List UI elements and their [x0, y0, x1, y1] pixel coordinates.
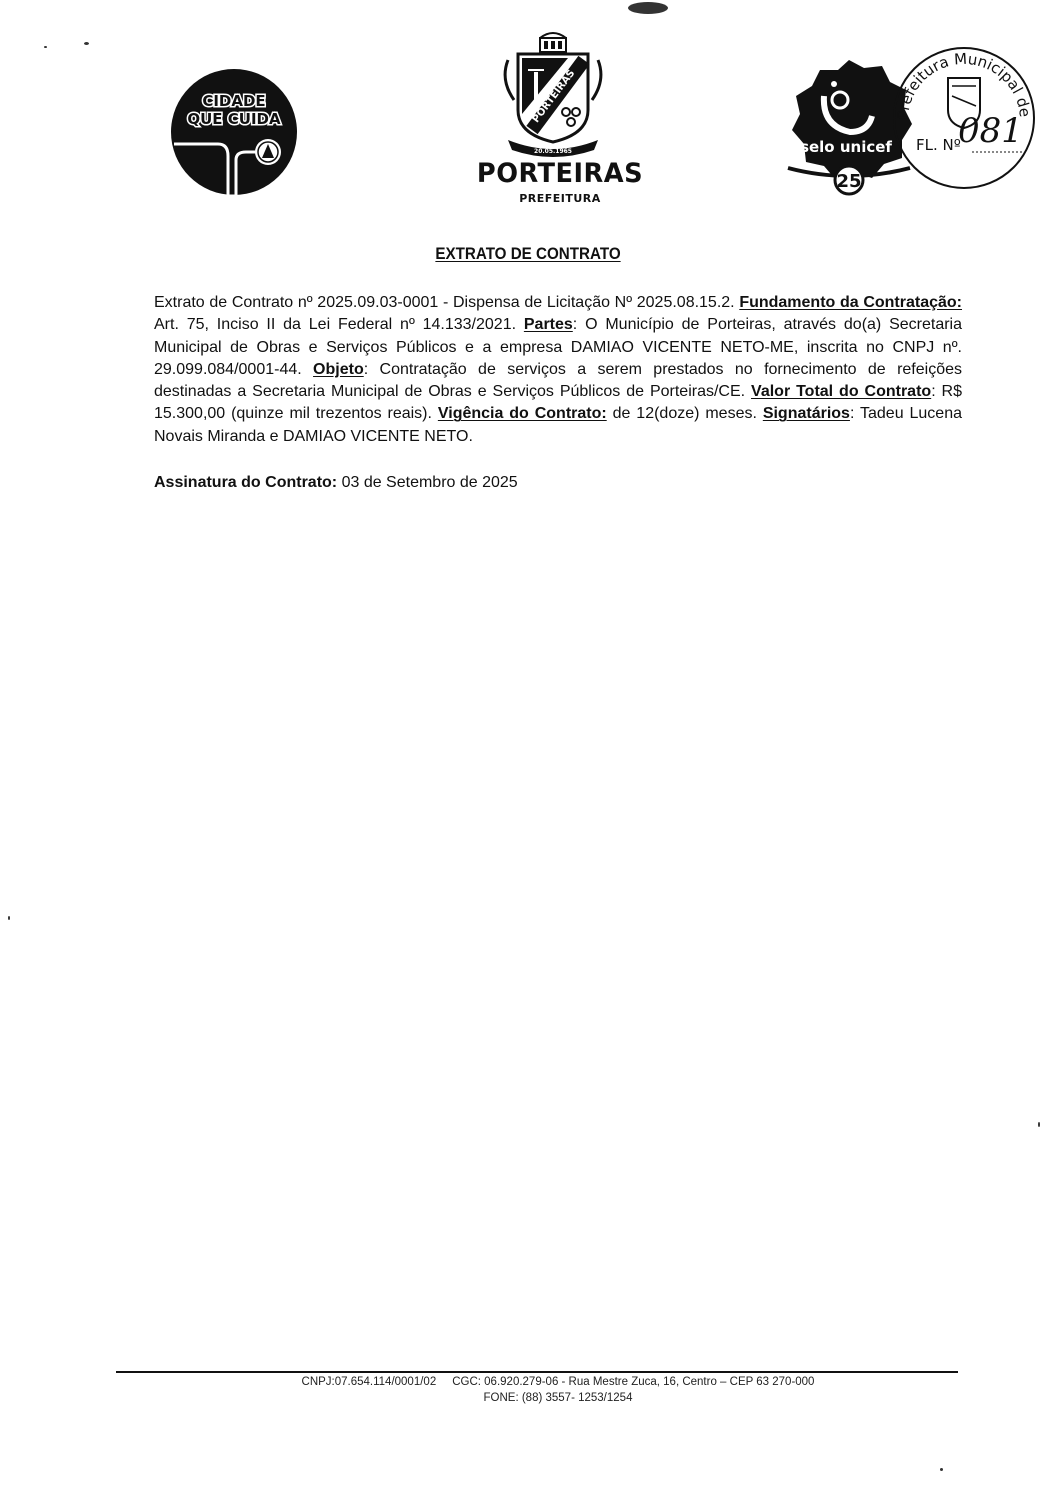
municipality-subtitle: PREFEITURA: [470, 192, 650, 205]
contract-intro: Extrato de Contrato nº 2025.09.03-0001 -…: [154, 294, 739, 311]
svg-text:Prefeitura Municipal de Portei: Prefeitura Municipal de Porteiras: [888, 40, 1034, 122]
svg-text:081: 081: [958, 111, 1023, 151]
scan-artifact: [628, 2, 668, 14]
footer-cnpj: CNPJ:07.654.114/0001/02: [302, 1376, 437, 1388]
scan-artifact: [44, 46, 47, 48]
svg-text:20.05.1965: 20.05.1965: [534, 148, 572, 155]
signature-value: 03 de Setembro de 2025: [337, 474, 518, 491]
scan-artifact: [84, 42, 89, 45]
porteiras-crest-icon: PORTEIRAS 20.05.1965: [498, 30, 608, 158]
label-valor-total: Valor Total do Contrato: [751, 383, 931, 400]
footer-identification: CNPJ:07.654.114/0001/02CGC: 06.920.279-0…: [0, 1376, 1056, 1388]
vigencia-value: de 12(doze) meses.: [607, 405, 763, 422]
contract-extract-paragraph: Extrato de Contrato nº 2025.09.03-0001 -…: [154, 292, 962, 448]
municipal-page-stamp: Prefeitura Municipal de Porteiras FL. Nº…: [888, 40, 1038, 190]
contract-signature-date: Assinatura do Contrato: 03 de Setembro d…: [154, 474, 518, 492]
svg-text:25: 25: [836, 171, 861, 192]
svg-text:CIDADE: CIDADE: [202, 92, 265, 110]
signature-label: Assinatura do Contrato:: [154, 474, 337, 491]
label-partes: Partes: [524, 316, 573, 333]
svg-text:FL. Nº: FL. Nº: [916, 136, 961, 154]
footer-cgc-address: CGC: 06.920.279-06 - Rua Mestre Zuca, 16…: [452, 1376, 814, 1388]
footer-phone: FONE: (88) 3557- 1253/1254: [0, 1392, 1056, 1404]
label-signatarios: Signatários: [763, 405, 850, 422]
svg-text:QUE CUIDA: QUE CUIDA: [187, 110, 281, 128]
svg-text:selo unicef: selo unicef: [800, 138, 892, 156]
document-page: CIDADE QUE CUIDA PORTEIRAS 20.05.1965 PO…: [0, 0, 1056, 1490]
municipality-name: PORTEIRAS: [475, 158, 646, 189]
scan-artifact: [8, 916, 10, 920]
cidade-que-cuida-logo: CIDADE QUE CUIDA: [170, 68, 298, 196]
footer-divider: [116, 1371, 958, 1373]
label-fundamento: Fundamento da Contratação:: [739, 294, 962, 311]
scan-artifact: [940, 1468, 943, 1471]
label-objeto: Objeto: [313, 361, 364, 378]
scan-artifact: [1038, 1122, 1040, 1127]
document-title: EXTRATO DE CONTRATO: [42, 245, 1014, 264]
fundamento-value: Art. 75, Inciso II da Lei Federal nº 14.…: [154, 316, 524, 333]
label-vigencia: Vigência do Contrato:: [438, 405, 607, 422]
